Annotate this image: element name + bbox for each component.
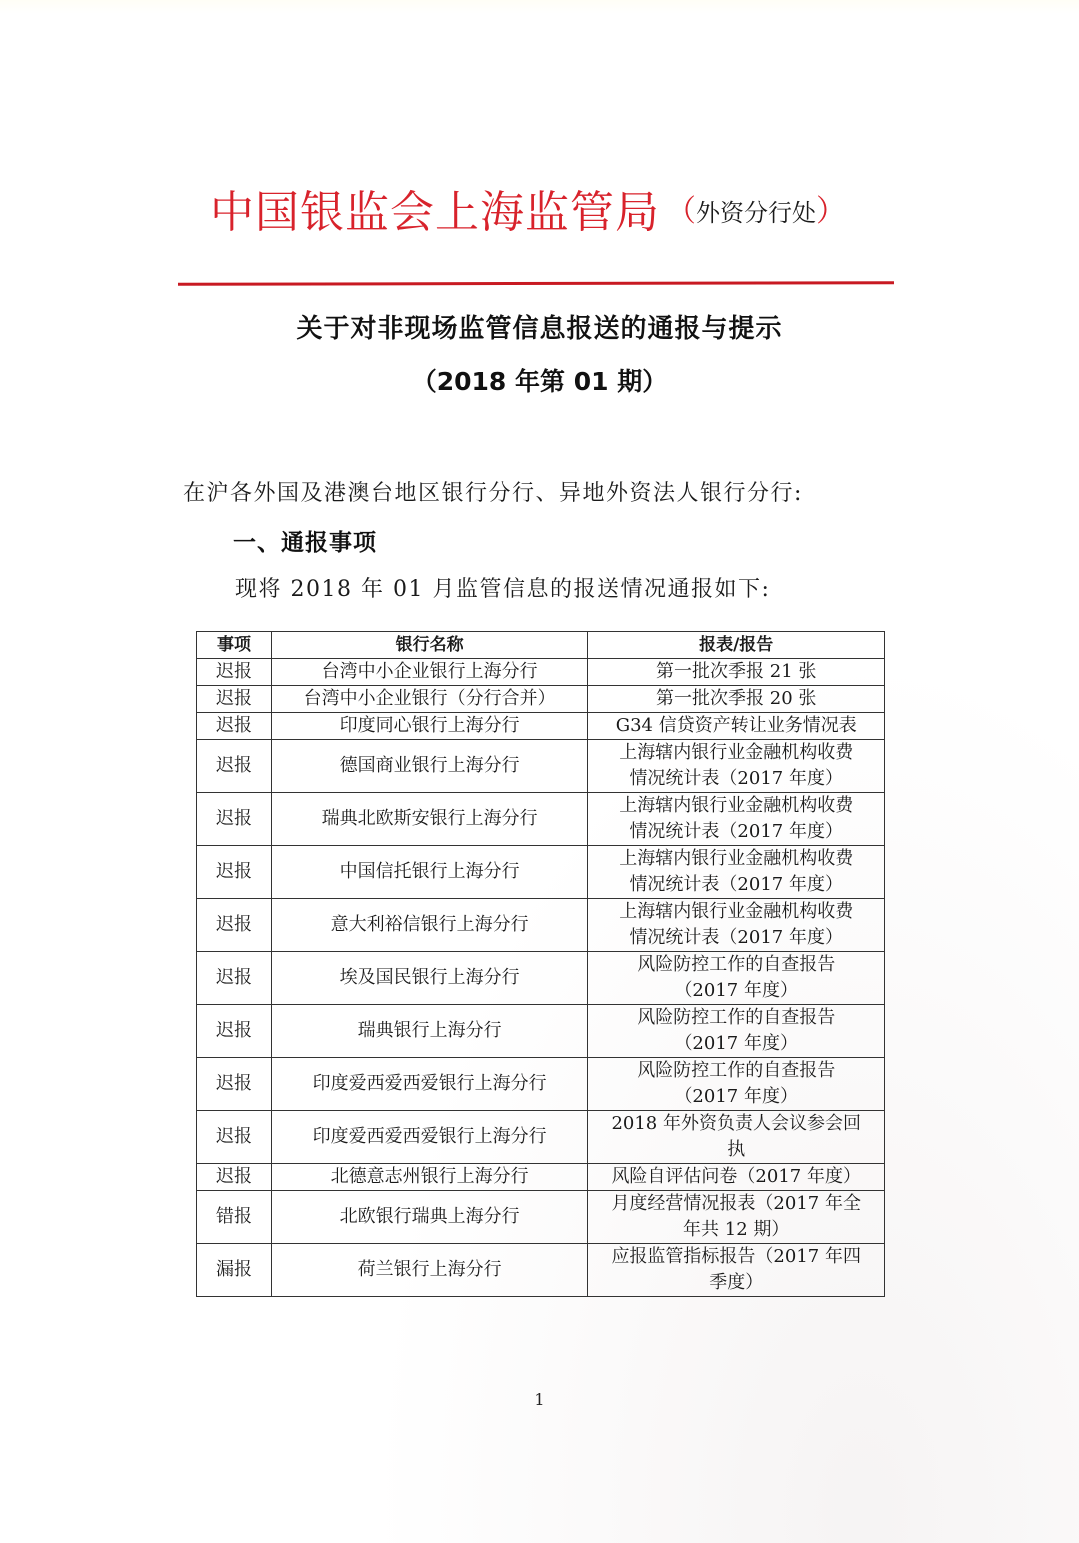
- table-row: 漏报 荷兰银行上海分行 应报监管指标报告（2017 年四季度）: [197, 1244, 885, 1297]
- report-line: 上海辖内银行业金融机构收费: [592, 793, 880, 819]
- cell-type: 迟报: [197, 1111, 272, 1164]
- report-line: 情况统计表（2017 年度）: [592, 872, 880, 898]
- cell-bank: 中国信托银行上海分行: [271, 846, 588, 899]
- cell-report: 上海辖内银行业金融机构收费情况统计表（2017 年度）: [588, 740, 885, 793]
- table-row: 迟报 瑞典北欧斯安银行上海分行 上海辖内银行业金融机构收费情况统计表（2017 …: [197, 793, 885, 846]
- table-row: 迟报 瑞典银行上海分行 风险防控工作的自查报告（2017 年度）: [197, 1005, 885, 1058]
- report-line: 执: [592, 1137, 880, 1163]
- cell-report: 上海辖内银行业金融机构收费情况统计表（2017 年度）: [588, 793, 885, 846]
- cell-report: 应报监管指标报告（2017 年四季度）: [588, 1244, 885, 1297]
- report-line: 2018 年外资负责人会议参会回: [592, 1111, 880, 1137]
- cell-type: 迟报: [197, 659, 272, 686]
- cell-type: 迟报: [197, 793, 272, 846]
- table-row: 迟报 台湾中小企业银行上海分行 第一批次季报 21 张: [197, 659, 885, 686]
- report-line: 情况统计表（2017 年度）: [592, 819, 880, 845]
- cell-type: 迟报: [197, 899, 272, 952]
- masthead: 中国银监会上海监管局（外资分行处）: [210, 176, 846, 240]
- report-line: 上海辖内银行业金融机构收费: [592, 740, 880, 766]
- cell-bank: 埃及国民银行上海分行: [271, 952, 588, 1005]
- cell-report: G34 信贷资产转让业务情况表: [588, 713, 885, 740]
- table-row: 错报 北欧银行瑞典上海分行 月度经营情况报表（2017 年全年共 12 期）: [197, 1191, 885, 1244]
- report-line: 风险防控工作的自查报告: [592, 1058, 880, 1084]
- cell-type: 迟报: [197, 952, 272, 1005]
- document-title: 关于对非现场监管信息报送的通报与提示: [0, 308, 1079, 345]
- cell-type: 迟报: [197, 740, 272, 793]
- cell-report: 风险防控工作的自查报告（2017 年度）: [588, 1005, 885, 1058]
- salutation: 在沪各外国及港澳台地区银行分行、异地外资法人银行分行:: [183, 476, 803, 507]
- report-line: （2017 年度）: [592, 1084, 880, 1110]
- table-row: 迟报 意大利裕信银行上海分行 上海辖内银行业金融机构收费情况统计表（2017 年…: [197, 899, 885, 952]
- report-line: 上海辖内银行业金融机构收费: [592, 899, 880, 925]
- red-divider-rule: [178, 281, 894, 285]
- report-line: （2017 年度）: [592, 1031, 880, 1057]
- cell-bank: 荷兰银行上海分行: [271, 1244, 588, 1297]
- table-row: 迟报 埃及国民银行上海分行 风险防控工作的自查报告（2017 年度）: [197, 952, 885, 1005]
- intro-paragraph: 现将 2018 年 01 月监管信息的报送情况通报如下:: [235, 572, 770, 603]
- cell-bank: 印度爱西爱西爱银行上海分行: [271, 1058, 588, 1111]
- cell-type: 迟报: [197, 1058, 272, 1111]
- table-row: 迟报 德国商业银行上海分行 上海辖内银行业金融机构收费情况统计表（2017 年度…: [197, 740, 885, 793]
- table-row: 迟报 台湾中小企业银行（分行合并） 第一批次季报 20 张: [197, 686, 885, 713]
- report-line: 应报监管指标报告（2017 年四: [592, 1244, 880, 1270]
- cell-report: 上海辖内银行业金融机构收费情况统计表（2017 年度）: [588, 846, 885, 899]
- report-line: 情况统计表（2017 年度）: [592, 925, 880, 951]
- cell-bank: 台湾中小企业银行上海分行: [271, 659, 588, 686]
- report-line: 年共 12 期）: [592, 1217, 880, 1243]
- header-report: 报表/报告: [588, 632, 885, 659]
- cell-report: 风险防控工作的自查报告（2017 年度）: [588, 1058, 885, 1111]
- cell-bank: 瑞典北欧斯安银行上海分行: [271, 793, 588, 846]
- cell-bank: 意大利裕信银行上海分行: [271, 899, 588, 952]
- document-page: 中国银监会上海监管局（外资分行处） 关于对非现场监管信息报送的通报与提示 （20…: [0, 0, 1079, 1543]
- table-row: 迟报 印度爱西爱西爱银行上海分行 风险防控工作的自查报告（2017 年度）: [197, 1058, 885, 1111]
- masthead-organization: 中国银监会上海监管局: [210, 187, 660, 238]
- report-line: 上海辖内银行业金融机构收费: [592, 846, 880, 872]
- cell-type: 迟报: [197, 686, 272, 713]
- cell-bank: 北德意志州银行上海分行: [271, 1164, 588, 1191]
- table-row: 迟报 中国信托银行上海分行 上海辖内银行业金融机构收费情况统计表（2017 年度…: [197, 846, 885, 899]
- cell-bank: 北欧银行瑞典上海分行: [271, 1191, 588, 1244]
- cell-report: 第一批次季报 21 张: [588, 659, 885, 686]
- cell-report: 2018 年外资负责人会议参会回执: [588, 1111, 885, 1164]
- masthead-paren-close: ）: [816, 194, 846, 229]
- table-header-row: 事项 银行名称 报表/报告: [197, 632, 885, 659]
- cell-report: 上海辖内银行业金融机构收费情况统计表（2017 年度）: [588, 899, 885, 952]
- page-number: 1: [0, 1390, 1079, 1409]
- cell-report: 风险自评估问卷（2017 年度）: [588, 1164, 885, 1191]
- report-table: 事项 银行名称 报表/报告 迟报 台湾中小企业银行上海分行 第一批次季报 21 …: [196, 631, 885, 1297]
- masthead-department-name: 外资分行处: [696, 199, 816, 227]
- document-issue-number: （2018 年第 01 期）: [0, 362, 1079, 398]
- cell-bank: 印度同心银行上海分行: [271, 713, 588, 740]
- report-line: 情况统计表（2017 年度）: [592, 766, 880, 792]
- section-heading: 一、通报事项: [233, 524, 377, 557]
- masthead-paren-open: （: [666, 194, 696, 229]
- header-bank-name: 银行名称: [271, 632, 588, 659]
- report-line: 风险防控工作的自查报告: [592, 1005, 880, 1031]
- cell-bank: 瑞典银行上海分行: [271, 1005, 588, 1058]
- cell-report: 风险防控工作的自查报告（2017 年度）: [588, 952, 885, 1005]
- report-line: 风险防控工作的自查报告: [592, 952, 880, 978]
- cell-bank: 印度爱西爱西爱银行上海分行: [271, 1111, 588, 1164]
- report-line: （2017 年度）: [592, 978, 880, 1004]
- cell-type: 漏报: [197, 1244, 272, 1297]
- table-row: 迟报 印度爱西爱西爱银行上海分行 2018 年外资负责人会议参会回执: [197, 1111, 885, 1164]
- cell-report: 第一批次季报 20 张: [588, 686, 885, 713]
- cell-report: 月度经营情况报表（2017 年全年共 12 期）: [588, 1191, 885, 1244]
- cell-type: 迟报: [197, 1164, 272, 1191]
- cell-type: 迟报: [197, 846, 272, 899]
- cell-bank: 台湾中小企业银行（分行合并）: [271, 686, 588, 713]
- cell-type: 迟报: [197, 1005, 272, 1058]
- table-row: 迟报 印度同心银行上海分行 G34 信贷资产转让业务情况表: [197, 713, 885, 740]
- header-type: 事项: [197, 632, 272, 659]
- table-row: 迟报 北德意志州银行上海分行 风险自评估问卷（2017 年度）: [197, 1164, 885, 1191]
- cell-bank: 德国商业银行上海分行: [271, 740, 588, 793]
- cell-type: 错报: [197, 1191, 272, 1244]
- report-line: 季度）: [592, 1270, 880, 1296]
- cell-type: 迟报: [197, 713, 272, 740]
- masthead-department: （外资分行处）: [666, 199, 846, 227]
- report-line: 月度经营情况报表（2017 年全: [592, 1191, 880, 1217]
